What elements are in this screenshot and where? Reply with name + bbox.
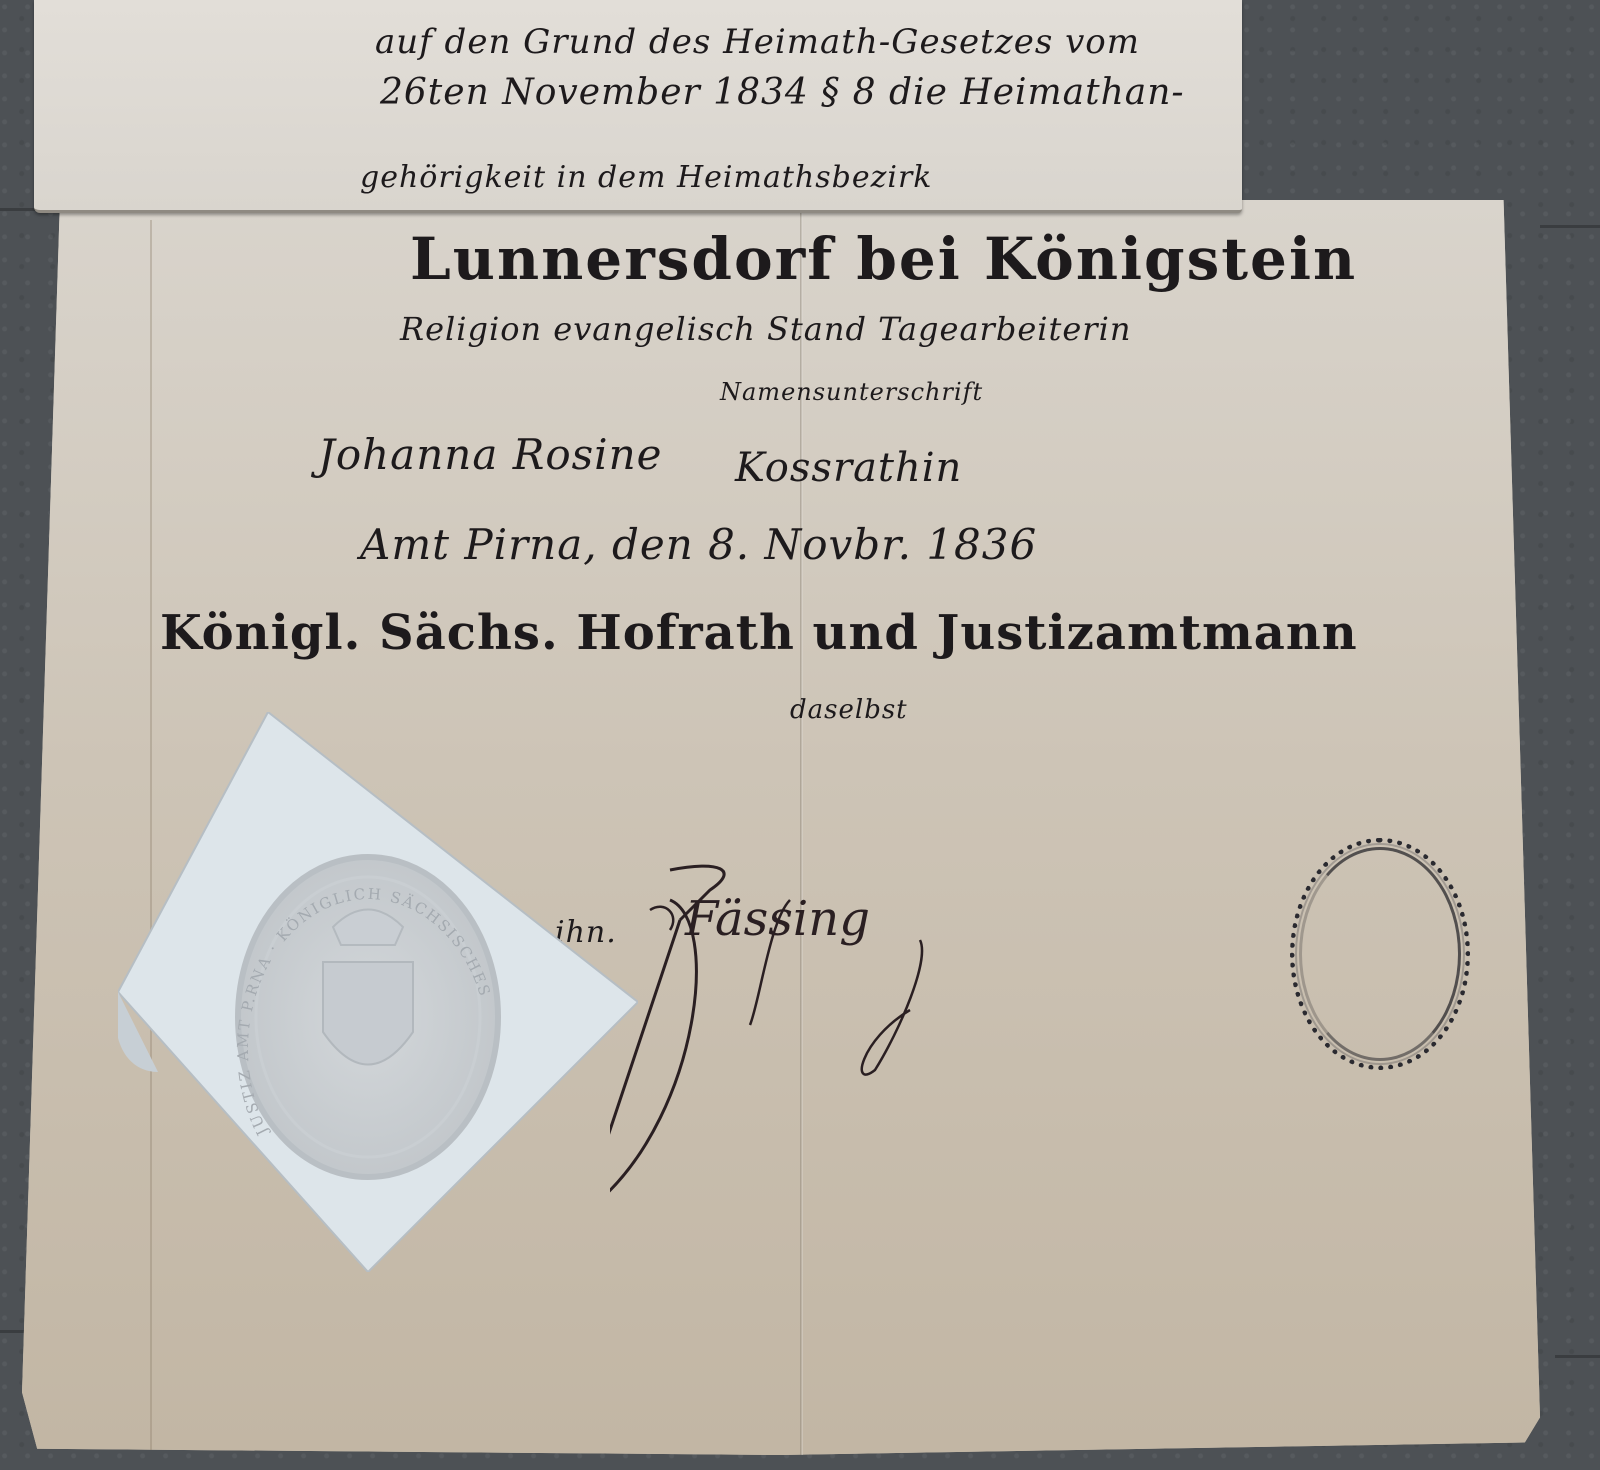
pavement-seam: [0, 1330, 25, 1333]
embossed-paper-seal: JUSTIZ AMT P.RNA KÖNIGLICH SÄCHSISCHES J…: [118, 712, 638, 1272]
svg-text:Fässing: Fässing: [684, 891, 870, 947]
seal-icon: JUSTIZ AMT P.RNA KÖNIGLICH SÄCHSISCHES J…: [118, 712, 638, 1272]
text-line-1: auf den Grund des Heimath-Gesetzes vom: [375, 22, 1140, 62]
signature-label: Namensunterschrift: [720, 378, 983, 406]
text-line-3: gehörigkeit in dem Heimathsbezirk: [360, 160, 933, 195]
religion-occupation-line: Religion evangelisch Stand Tagearbeiteri…: [400, 310, 1131, 348]
issue-place-date: Amt Pirna, den 8. Novbr. 1836: [360, 520, 1037, 569]
pavement-seam: [1555, 1355, 1600, 1358]
holder-surname: Kossrathin: [735, 445, 962, 491]
holder-first-names: Johanna Rosine: [318, 430, 663, 479]
ink-stamp-ring: [1299, 847, 1461, 1061]
pavement-seam: [1540, 225, 1600, 228]
official-title: Königl. Sächs. Hofrath und Justizamtmann: [160, 605, 1358, 661]
place-name: Lunnersdorf bei Königstein: [410, 225, 1357, 293]
oval-ink-stamp: [1290, 838, 1470, 1070]
daselbst-line: daselbst: [790, 695, 908, 725]
text-line-2: 26ten November 1834 § 8 die Heimathan-: [380, 72, 1185, 113]
signature-stroke-icon: Fässing: [610, 860, 1070, 1220]
official-signature: Fässing: [610, 860, 1070, 1224]
